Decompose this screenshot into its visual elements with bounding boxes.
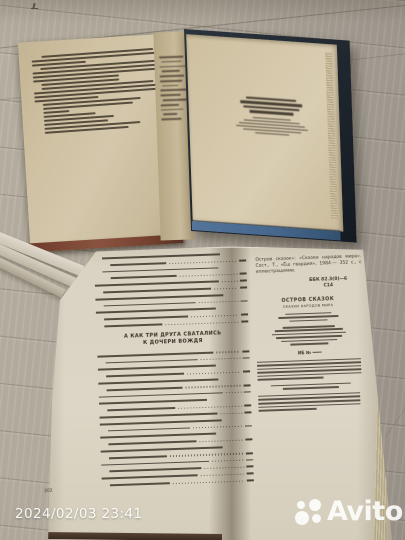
photo-of-old-books: А КАК ТРИ ДРУГА СВАТАЛИСЬ К ДОЧЕРИ ВОЖДЯ… (0, 0, 405, 540)
blurred-editors-block (244, 324, 375, 347)
page-number: 302 (44, 489, 53, 495)
bibliographic-note: Остров сказок»: «Сказки народов мира». С… (255, 254, 362, 276)
blurred-compiler-block (243, 311, 373, 324)
blurred-print-info-paragraph (245, 357, 376, 381)
blurred-credits-lines (217, 114, 327, 139)
book-top-right-page (186, 34, 343, 231)
toc-entries-top (94, 252, 248, 327)
bbk-code-line2: С14 (298, 283, 358, 291)
bbk-classification-code: ББК 82.3(0)—6 С14 (298, 276, 358, 291)
avito-watermark: Avito (294, 496, 403, 527)
table-of-contents-page: А КАК ТРИ ДРУГА СВАТАЛИСЬ К ДОЧЕРИ ВОЖДЯ (94, 252, 254, 491)
imprint-page: Остров сказок»: «Сказки народов мира». С… (241, 254, 376, 414)
blurred-text-sliver (159, 56, 187, 124)
avito-logo-icon (294, 497, 324, 527)
blurred-story-text (31, 47, 164, 136)
blurred-publisher-block (246, 382, 376, 391)
book-top-right (184, 29, 357, 243)
toc-entries-bottom (97, 350, 253, 486)
title-colophon-block (216, 94, 327, 140)
floor-plank-line (385, 224, 405, 438)
camera-timestamp: 2024/02/03 23:41 (15, 506, 142, 522)
book-bottom-cover-edge (42, 532, 222, 540)
toc-section-heading: А КАК ТРИ ДРУГА СВАТАЛИСЬ К ДОЧЕРИ ВОЖДЯ (97, 329, 249, 349)
floor-mark (31, 3, 38, 10)
ib-number-line: ИБ № (245, 347, 375, 357)
avito-watermark-text: Avito (327, 496, 403, 527)
blurred-printing-house-paragraph (246, 392, 376, 412)
